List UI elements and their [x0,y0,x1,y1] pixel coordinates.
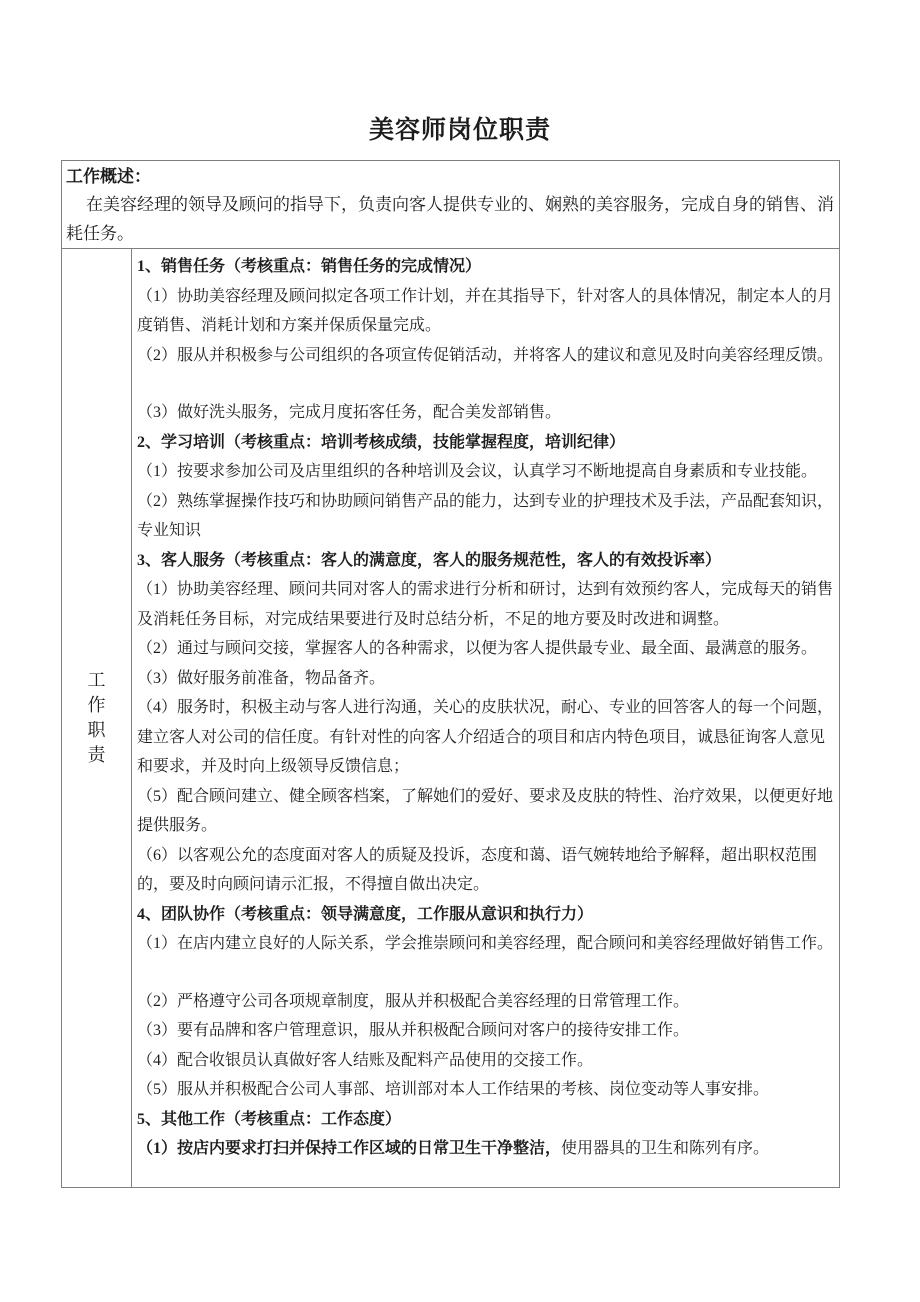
duty-item: （3）要有品牌和客户管理意识，服从并积极配合顾问对客户的接待安排工作。 [137,1016,839,1046]
duty-section-heading: 3、客人服务（考核重点：客人的满意度，客人的服务规范性，客人的有效投诉率） [137,546,839,576]
duties-label-cell: 工作职责 [62,249,132,1187]
duty-item: （2）服从并积极参与公司组织的各项宣传促销活动，并将客人的建议和意见及时向美容经… [137,341,839,371]
duty-item: （2）严格遵守公司各项规章制度，服从并积极配合美容经理的日常管理工作。 [137,987,839,1017]
overview-row: 工作概述： 在美容经理的领导及顾问的指导下，负责向客人提供专业的、娴熟的美容服务… [62,161,839,249]
duty-item: （1）按要求参加公司及店里组织的各种培训及会议，认真学习不断地提高自身素质和专业… [137,457,839,487]
duty-section-heading: 4、团队协作（考核重点：领导满意度，工作服从意识和执行力） [137,900,839,930]
duty-section-heading: 2、学习培训（考核重点：培训考核成绩，技能掌握程度，培训纪律） [137,428,839,458]
duty-item: （1）按店内要求打扫并保持工作区域的日常卫生干净整洁，使用器具的卫生和陈列有序。 [137,1134,839,1164]
duties-row-label-char: 工 [88,668,106,693]
duties-row: 工作职责 1、销售任务（考核重点：销售任务的完成情况）（1）协助美容经理及顾问拟… [62,249,839,1187]
duties-row-label-char: 作 [88,693,106,718]
duty-item: （2）熟练掌握操作技巧和协助顾问销售产品的能力，达到专业的护理技术及手法，产品配… [137,487,839,546]
duties-row-label-char: 责 [88,743,106,768]
duty-item: （3）做好洗头服务，完成月度拓客任务，配合美发部销售。 [137,398,839,428]
duty-item: （1）协助美容经理及顾问拟定各项工作计划，并在其指导下，针对客人的具体情况，制定… [137,282,839,341]
duties-row-label-char: 职 [88,718,106,743]
duty-item: （6）以客观公允的态度面对客人的质疑及投诉，态度和蔼、语气婉转地给予解释，超出职… [137,841,839,900]
duty-item: （5）配合顾问建立、健全顾客档案，了解她们的爱好、要求及皮肤的特性、治疗效果，以… [137,782,839,841]
duties-content-cell: 1、销售任务（考核重点：销售任务的完成情况）（1）协助美容经理及顾问拟定各项工作… [132,249,839,1187]
duty-item-bold-part: （1）按店内要求打扫并保持工作区域的日常卫生干净整洁， [137,1140,561,1157]
duty-item: （1）在店内建立良好的人际关系，学会推崇顾问和美容经理，配合顾问和美容经理做好销… [137,929,839,959]
duty-section-heading: 1、销售任务（考核重点：销售任务的完成情况） [137,252,839,282]
duty-item: （1）协助美容经理、顾问共同对客人的需求进行分析和研讨，达到有效预约客人，完成每… [137,575,839,634]
overview-label: 工作概述： [66,164,835,190]
duty-section-heading: 5、其他工作（考核重点：工作态度） [137,1105,839,1135]
duty-item: （4）服务时，积极主动与客人进行沟通，关心的皮肤状况，耐心、专业的回答客人的每一… [137,693,839,782]
overview-text: 在美容经理的领导及顾问的指导下，负责向客人提供专业的、娴熟的美容服务，完成自身的… [66,190,835,248]
duties-row-label: 工作职责 [88,668,106,768]
page-title: 美容师岗位职责 [0,110,920,146]
duty-item: （5）服从并积极配合公司人事部、培训部对本人工作结果的考核、岗位变动等人事安排。 [137,1075,839,1105]
duty-item: （4）配合收银员认真做好客人结账及配料产品使用的交接工作。 [137,1046,839,1076]
duty-item: （2）通过与顾问交接，掌握客人的各种需求，以便为客人提供最专业、最全面、最满意的… [137,634,839,664]
job-description-table: 工作概述： 在美容经理的领导及顾问的指导下，负责向客人提供专业的、娴熟的美容服务… [61,160,840,1188]
duty-item: （3）做好服务前准备，物品备齐。 [137,664,839,694]
